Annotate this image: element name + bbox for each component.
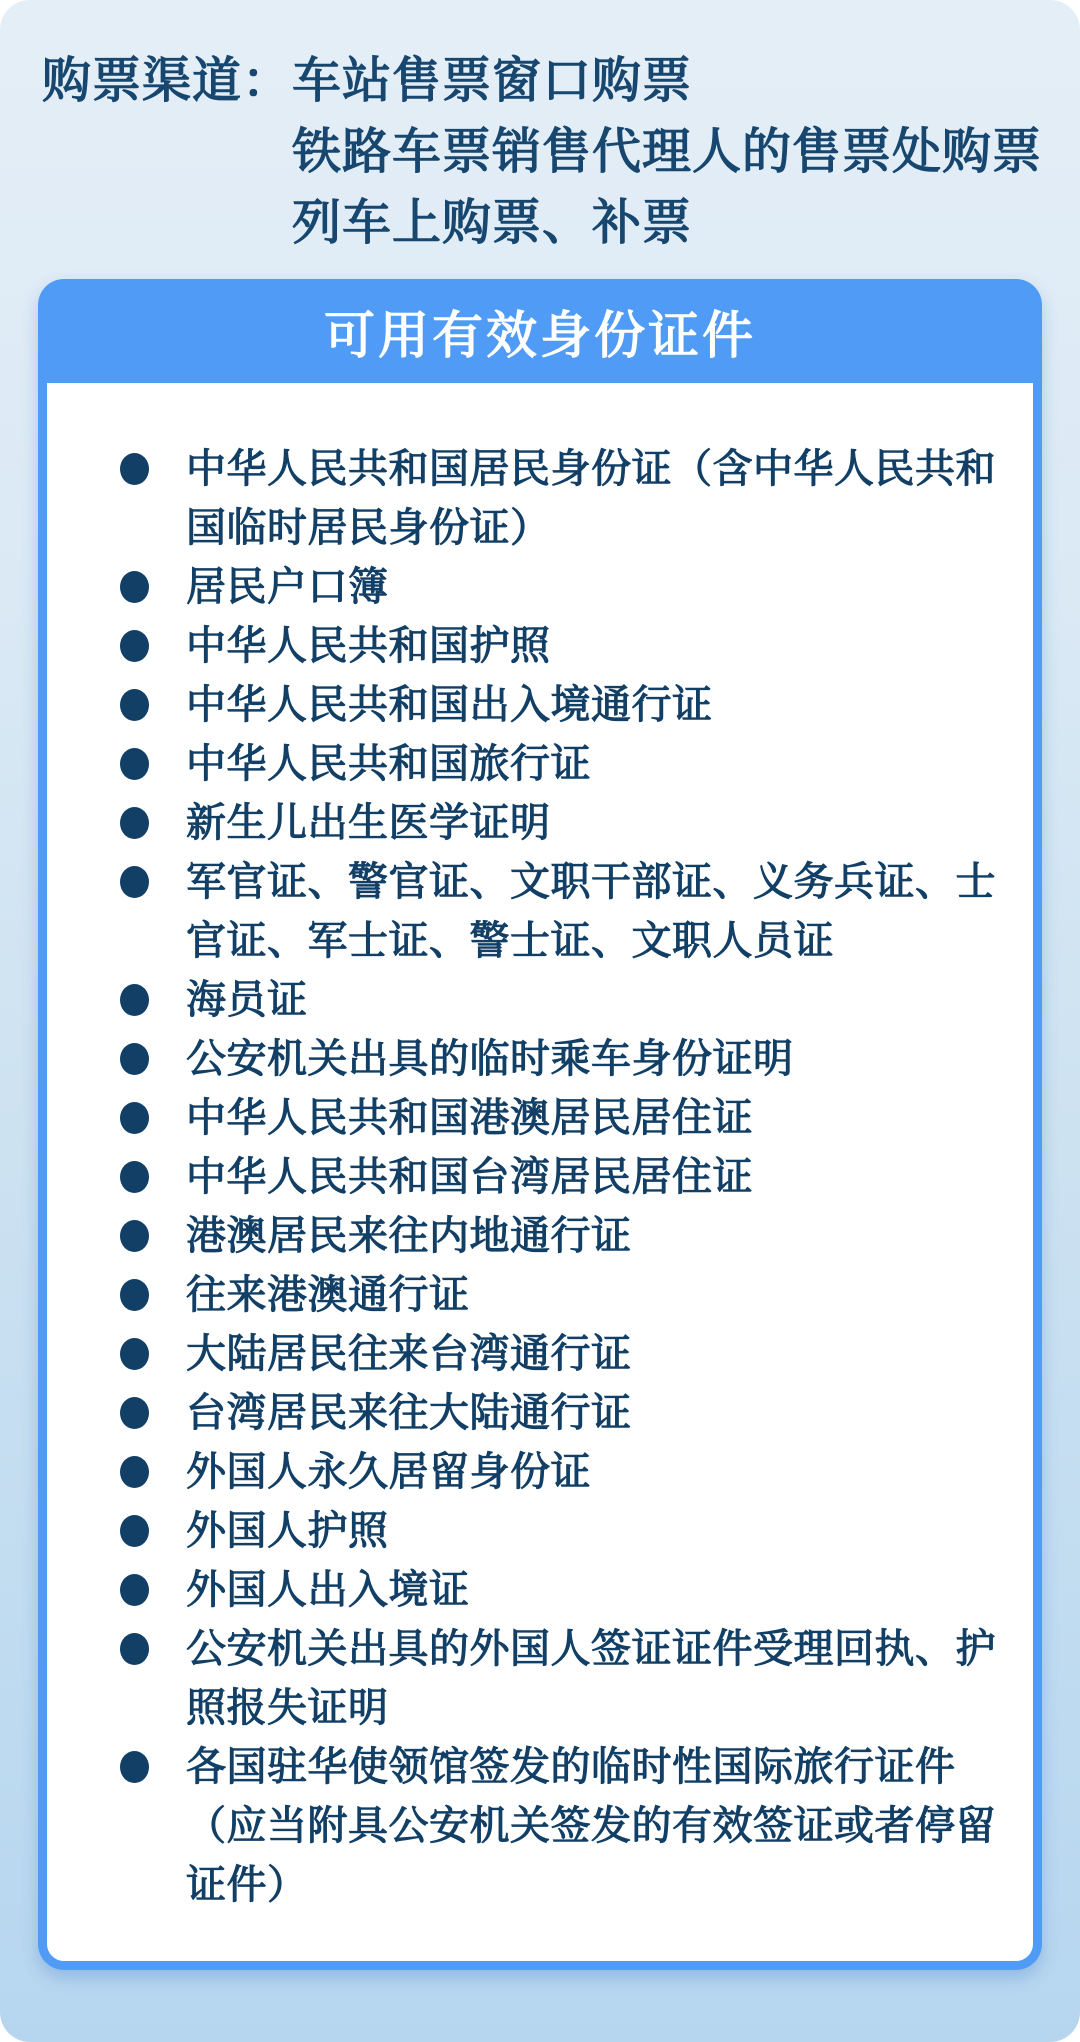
bullet-dot-icon (120, 1161, 149, 1193)
list-item: 往来港澳通行证 (120, 1266, 1005, 1325)
list-item: 中华人民共和国出入境通行证 (120, 676, 1005, 735)
list-item: 海员证 (120, 971, 1005, 1030)
list-item: 外国人护照 (120, 1502, 1005, 1561)
list-item: 公安机关出具的临时乘车身份证明 (120, 1030, 1005, 1089)
list-item-text: 海员证 (186, 971, 1005, 1030)
list-item-text: 中华人民共和国出入境通行证 (186, 676, 1005, 735)
list-item-text: 中华人民共和国台湾居民居住证 (186, 1148, 1005, 1207)
list-item-text: 外国人护照 (186, 1502, 1005, 1561)
bullet-dot-icon (120, 571, 149, 603)
bullet-dot-icon (120, 1338, 149, 1370)
list-item: 中华人民共和国旅行证 (120, 735, 1005, 794)
list-item-text: 各国驻华使领馆签发的临时性国际旅行证件（应当附具公安机关签发的有效签证或者停留证… (186, 1738, 1005, 1915)
list-item-text: 居民户口簿 (186, 558, 1005, 617)
list-item: 外国人出入境证 (120, 1561, 1005, 1620)
list-item: 中华人民共和国港澳居民居住证 (120, 1089, 1005, 1148)
list-item: 公安机关出具的外国人签证证件受理回执、护照报失证明 (120, 1620, 1005, 1738)
bullet-dot-icon (120, 984, 149, 1016)
purchase-channel-onboard: 列车上购票、补票 (292, 188, 1050, 259)
purchase-channel-station-window: 车站售票窗口购票 (292, 46, 1050, 117)
list-item: 中华人民共和国护照 (120, 617, 1005, 676)
purchase-channels-section: 购票渠道： 车站售票窗口购票 铁路车票销售代理人的售票处购票 列车上购票、补票 (0, 0, 1080, 259)
list-item-text: 军官证、警官证、文职干部证、义务兵证、士官证、军士证、警士证、文职人员证 (186, 853, 1005, 971)
list-item-text: 中华人民共和国旅行证 (186, 735, 1005, 794)
list-item-text: 港澳居民来往内地通行证 (186, 1207, 1005, 1266)
infographic-page: 购票渠道： 车站售票窗口购票 铁路车票销售代理人的售票处购票 列车上购票、补票 … (0, 0, 1080, 2042)
bullet-dot-icon (120, 807, 149, 839)
bullet-dot-icon (120, 1043, 149, 1075)
list-item: 港澳居民来往内地通行证 (120, 1207, 1005, 1266)
list-item: 新生儿出生医学证明 (120, 794, 1005, 853)
list-item: 居民户口簿 (120, 558, 1005, 617)
list-item-text: 中华人民共和国居民身份证（含中华人民共和国临时居民身份证） (186, 440, 1005, 558)
bullet-dot-icon (120, 1397, 149, 1429)
bullet-dot-icon (120, 1456, 149, 1488)
list-item-text: 公安机关出具的外国人签证证件受理回执、护照报失证明 (186, 1620, 1005, 1738)
list-item-text: 外国人出入境证 (186, 1561, 1005, 1620)
list-item-text: 中华人民共和国港澳居民居住证 (186, 1089, 1005, 1148)
list-item-text: 台湾居民来往大陆通行证 (186, 1384, 1005, 1443)
bullet-dot-icon (120, 1751, 149, 1783)
list-item-text: 大陆居民往来台湾通行证 (186, 1325, 1005, 1384)
bullet-dot-icon (120, 630, 149, 662)
valid-id-list: 中华人民共和国居民身份证（含中华人民共和国临时居民身份证） 居民户口簿 中华人民… (120, 440, 1005, 1915)
list-item: 中华人民共和国居民身份证（含中华人民共和国临时居民身份证） (120, 440, 1005, 558)
bullet-dot-icon (120, 453, 149, 485)
list-item-text: 公安机关出具的临时乘车身份证明 (186, 1030, 1005, 1089)
bullet-dot-icon (120, 748, 149, 780)
purchase-channels-label: 购票渠道： (42, 46, 292, 117)
list-item-text: 外国人永久居留身份证 (186, 1443, 1005, 1502)
bullet-dot-icon (120, 1633, 149, 1665)
valid-id-card-body: 中华人民共和国居民身份证（含中华人民共和国临时居民身份证） 居民户口簿 中华人民… (38, 383, 1042, 1970)
bullet-dot-icon (120, 1220, 149, 1252)
list-item-text: 往来港澳通行证 (186, 1266, 1005, 1325)
list-item: 军官证、警官证、文职干部证、义务兵证、士官证、军士证、警士证、文职人员证 (120, 853, 1005, 971)
list-item: 各国驻华使领馆签发的临时性国际旅行证件（应当附具公安机关签发的有效签证或者停留证… (120, 1738, 1005, 1915)
bullet-dot-icon (120, 1515, 149, 1547)
list-item-text: 新生儿出生医学证明 (186, 794, 1005, 853)
bullet-dot-icon (120, 1279, 149, 1311)
list-item: 外国人永久居留身份证 (120, 1443, 1005, 1502)
bullet-dot-icon (120, 866, 149, 898)
list-item: 台湾居民来往大陆通行证 (120, 1384, 1005, 1443)
purchase-channel-sales-agent: 铁路车票销售代理人的售票处购票 (292, 117, 1050, 188)
bullet-dot-icon (120, 689, 149, 721)
bullet-dot-icon (120, 1574, 149, 1606)
valid-id-card-header: 可用有效身份证件 (38, 279, 1042, 383)
purchase-channels-list: 车站售票窗口购票 铁路车票销售代理人的售票处购票 列车上购票、补票 (292, 46, 1050, 259)
list-item: 大陆居民往来台湾通行证 (120, 1325, 1005, 1384)
valid-id-card-title: 可用有效身份证件 (324, 294, 756, 368)
list-item-text: 中华人民共和国护照 (186, 617, 1005, 676)
bullet-dot-icon (120, 1102, 149, 1134)
valid-id-card: 可用有效身份证件 中华人民共和国居民身份证（含中华人民共和国临时居民身份证） 居… (38, 279, 1042, 1970)
list-item: 中华人民共和国台湾居民居住证 (120, 1148, 1005, 1207)
